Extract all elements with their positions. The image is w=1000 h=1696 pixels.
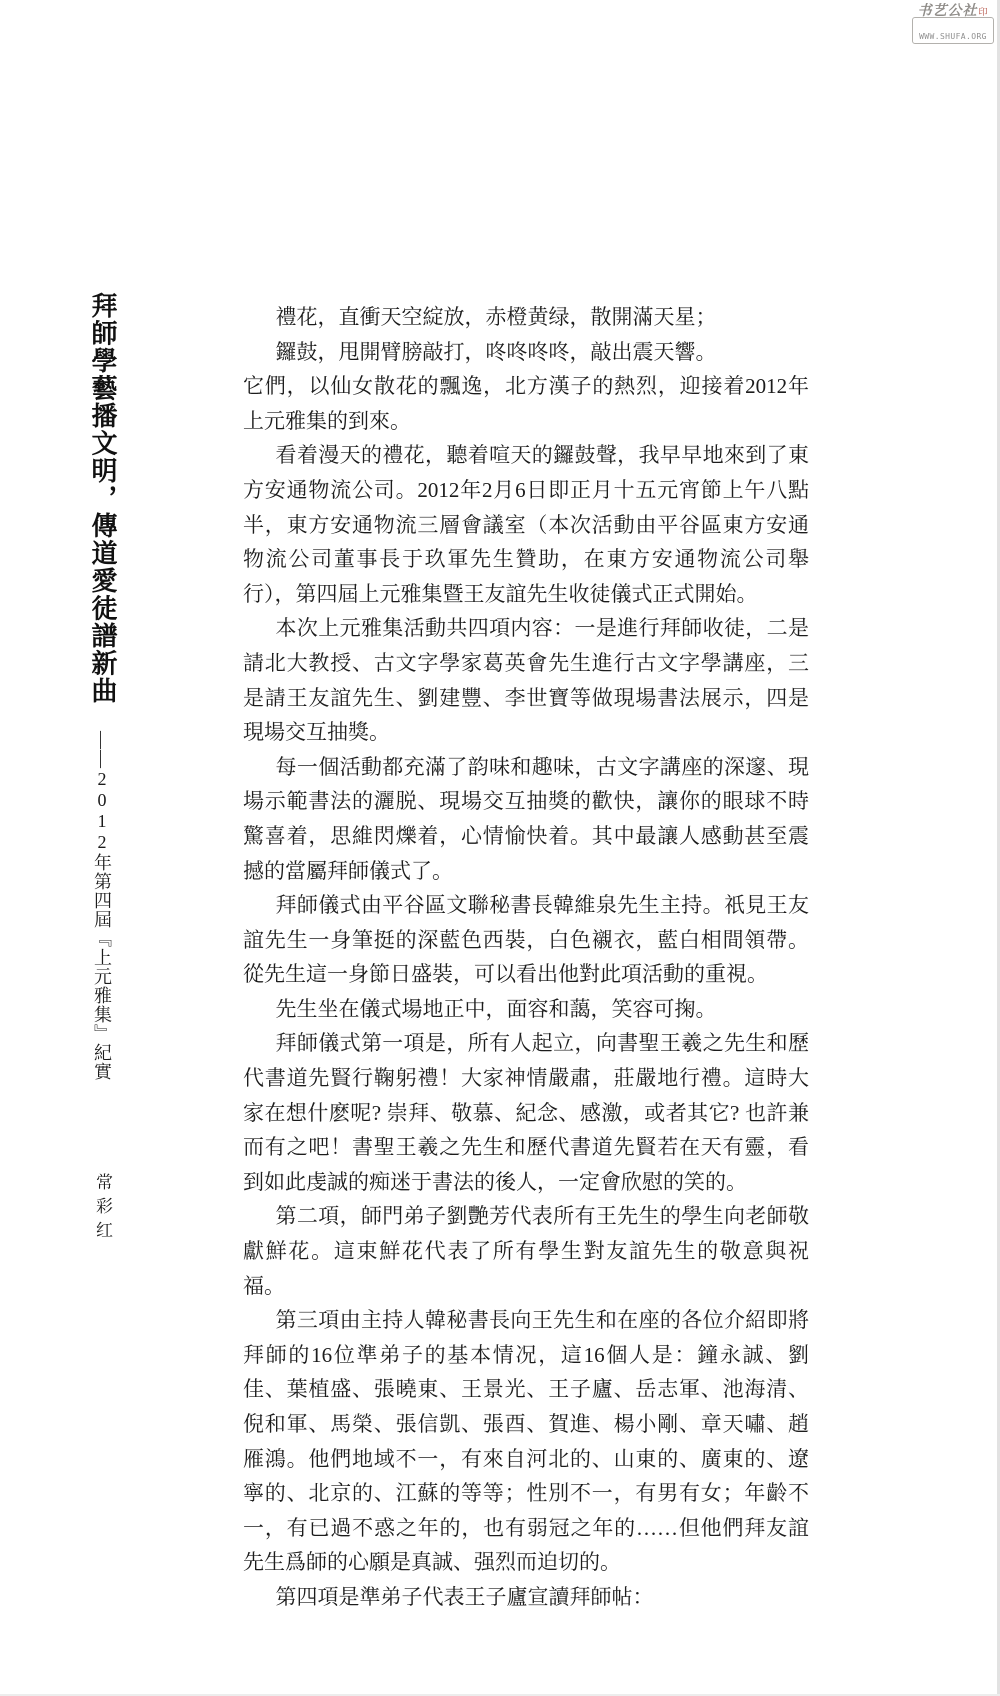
author-name: 常彩红 [93,1173,112,1245]
paragraph: 它們，以仙女散花的飄逸，北方漢子的熱烈，迎接着2012年上元雅集的到來。 [243,369,809,438]
paragraph: 拜師儀式由平谷區文聯秘書長韓維泉先生主持。祇見王友誼先生一身筆挺的深藍色西裝，白… [243,888,809,992]
subtitle-dash: —— [92,731,112,769]
article-body: 禮花，直衝天空綻放，赤橙黄绿，散開滿天星； 鑼鼓，甩開臂膀敲打，咚咚咚咚，敲出震… [243,300,809,1615]
subtitle-rest: 年第四屆『上元雅集』紀實 [92,853,112,1081]
article-title: 拜師學藝播文明，傳道愛徒譜新曲 [88,292,117,705]
scanned-document-page: 书艺公社印 WWW.SHUFA.ORG 拜師學藝播文明，傳道愛徒譜新曲——201… [0,0,1000,1696]
verse-line: 鑼鼓，甩開臂膀敲打，咚咚咚咚，敲出震天響。 [243,335,809,370]
paragraph: 第二項，師門弟子劉艷芳代表所有王先生的學生向老師敬獻鮮花。這束鮮花代表了所有學生… [243,1199,809,1303]
site-watermark: 书艺公社印 WWW.SHUFA.ORG [912,4,994,44]
article-title-column: 拜師學藝播文明，傳道愛徒譜新曲——2012年第四屆『上元雅集』紀實常彩红 [84,292,121,1612]
paragraph: 拜師儀式第一項是，所有人起立，向書聖王羲之先生和歷代書道先賢行鞠躬禮！大家神情嚴… [243,1026,809,1199]
article-subtitle: ——2012年第四屆『上元雅集』紀實 [92,731,112,1081]
watermark-brand-text: 书艺公社印 [912,4,994,20]
watermark-url: WWW.SHUFA.ORG [912,32,994,41]
paragraph: 第四項是準弟子代表王子廬宣讀拜師帖： [243,1580,809,1615]
verse-line: 禮花，直衝天空綻放，赤橙黄绿，散開滿天星； [243,300,809,335]
seal-icon: 印 [978,4,988,20]
brand-calligraphy-text: 书艺公社 [917,4,977,19]
paragraph: 每一個活動都充滿了韵味和趣味，古文字講座的深邃、現場示範書法的灑脱、現場交互抽獎… [243,750,809,888]
subtitle-year: 2012 [92,769,112,853]
paragraph: 先生坐在儀式場地正中，面容和藹，笑容可掬。 [243,992,809,1027]
paragraph: 本次上元雅集活動共四項内容：一是進行拜師收徒，二是請北大教授、古文字學家葛英會先… [243,611,809,749]
paragraph: 看着漫天的禮花，聽着喧天的鑼鼓聲，我早早地來到了東方安通物流公司。2012年2月… [243,438,809,611]
paragraph: 第三項由主持人韓秘書長向王先生和在座的各位介紹即將拜師的16位準弟子的基本情况，… [243,1303,809,1580]
